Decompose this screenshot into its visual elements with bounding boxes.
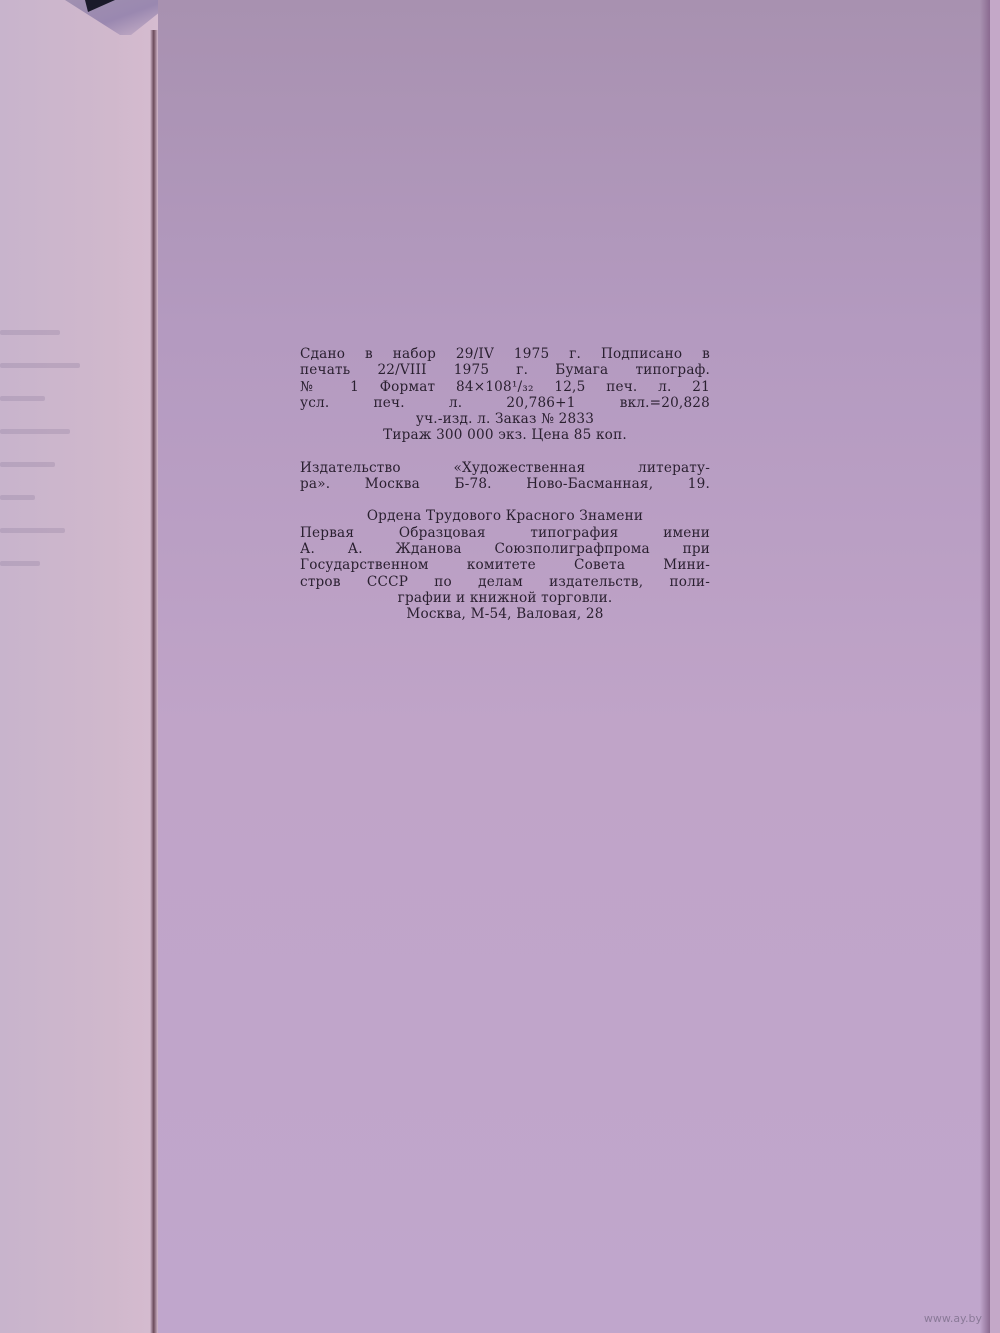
colophon-line: Государственном комитете Совета Мини-: [300, 557, 710, 573]
colophon-line: печать 22/VIII 1975 г. Бумага типограф.: [300, 362, 710, 378]
colophon-line: Тираж 300 000 экз. Цена 85 коп.: [300, 427, 710, 443]
production-details: Сдано в набор 29/IV 1975 г. Подписано в …: [300, 346, 710, 444]
colophon-line: стров СССР по делам издательств, поли-: [300, 574, 710, 590]
colophon-line: Первая Образцовая типография имени: [300, 525, 710, 541]
colophon-line: А. А. Жданова Союзполиграфпрома при: [300, 541, 710, 557]
colophon-line: уч.-изд. л. Заказ № 2833: [300, 411, 710, 427]
left-page: [0, 0, 160, 1333]
colophon-line: графии и книжной торговли.: [300, 590, 710, 606]
colophon-line: Издательство «Художественная литерату-: [300, 460, 710, 476]
colophon-line: Сдано в набор 29/IV 1975 г. Подписано в: [300, 346, 710, 362]
colophon-line: № 1 Формат 84×108¹/₃₂ 12,5 печ. л. 21: [300, 379, 710, 395]
book-gutter: [150, 30, 158, 1333]
colophon-line: Москва, М-54, Валовая, 28: [300, 606, 710, 622]
watermark: www.ay.by: [924, 1312, 982, 1325]
right-page: [158, 0, 990, 1333]
page-edge-shadow: [980, 0, 990, 1333]
colophon-line: Ордена Трудового Красного Знамени: [300, 508, 710, 524]
colophon-line: ра». Москва Б-78. Ново-Басманная, 19.: [300, 476, 710, 492]
colophon-line: усл. печ. л. 20,786+1 вкл.=20,828: [300, 395, 710, 411]
publisher-details: Издательство «Художественная литерату- р…: [300, 460, 710, 493]
colophon: Сдано в набор 29/IV 1975 г. Подписано в …: [300, 346, 710, 638]
bleed-through-text: [0, 330, 90, 650]
printer-details: Ордена Трудового Красного Знамени Первая…: [300, 508, 710, 622]
